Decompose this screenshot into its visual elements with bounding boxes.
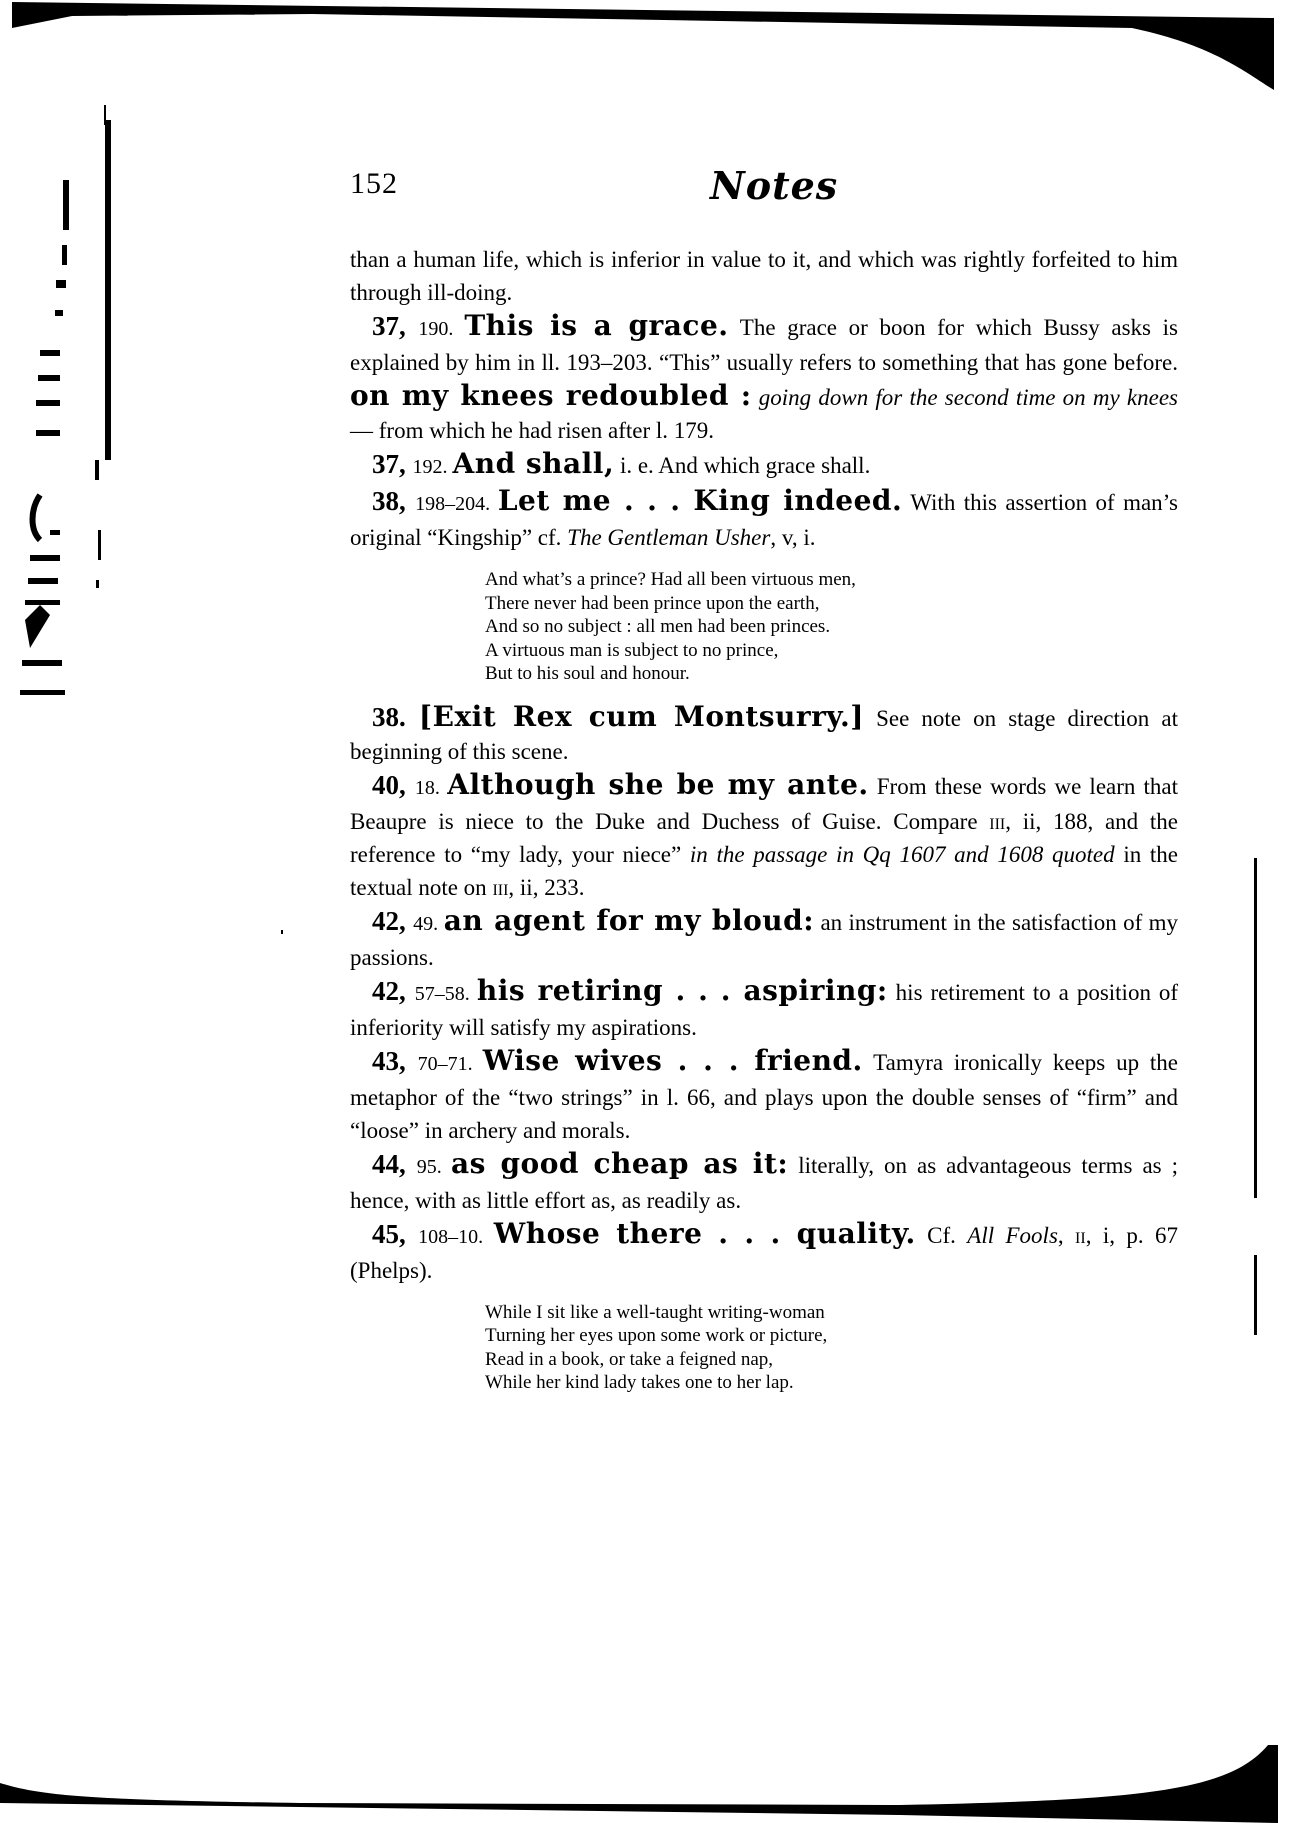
verse-line: While I sit like a well-taught writing-w… xyxy=(485,1301,1178,1325)
note-lemma: And shall, xyxy=(453,447,615,480)
note-lemma: on my knees redoubled : xyxy=(350,379,752,412)
note-entry: 43, 70–71. Wise wives . . . friend. Tamy… xyxy=(350,1044,1178,1147)
note-entry: 45, 108–10. Whose there . . . quality. C… xyxy=(350,1217,1178,1287)
verse-quotation: And what’s a prince? Had all been virtuo… xyxy=(485,568,1178,686)
note-line-ref: 198–204. xyxy=(415,493,498,515)
verse-line: And so no subject : all men had been pri… xyxy=(485,615,1178,639)
verse-line: Read in a book, or take a feigned nap, xyxy=(485,1348,1178,1372)
note-line-ref: 190. xyxy=(418,318,464,340)
note-page-ref: 37, xyxy=(372,449,413,479)
note-text: The Gentleman Usher xyxy=(567,525,770,550)
note-page-ref: 40, xyxy=(372,770,415,800)
note-line-ref: 70–71. xyxy=(418,1053,483,1075)
page: 152 Notes than a human life, which is in… xyxy=(350,165,1178,1409)
note-line-ref: 18. xyxy=(415,777,447,799)
note-page-ref: 45, xyxy=(372,1219,418,1249)
gutter-rule-upper xyxy=(1254,858,1257,1198)
note-line-ref: 95. xyxy=(417,1156,451,1178)
page-number: 152 xyxy=(350,167,398,201)
verse-line: Turning her eyes upon some work or pictu… xyxy=(485,1324,1178,1348)
note-lemma: Although she be my ante. xyxy=(447,768,868,801)
note-page-ref: 42, xyxy=(372,906,413,936)
note-lemma: This is a grace. xyxy=(464,309,728,342)
note-line-ref: 57–58. xyxy=(415,983,477,1005)
note-text: iii xyxy=(492,875,508,900)
note-page-ref: 38, xyxy=(372,486,415,516)
note-page-ref: 38. xyxy=(372,702,419,732)
note-text: i. e. And which grace shall. xyxy=(614,453,870,478)
verse-line: But to his soul and honour. xyxy=(485,662,1178,686)
note-lemma: Wise wives . . . friend. xyxy=(483,1044,863,1077)
note-entry: 37, 190. This is a grace. The grace or b… xyxy=(350,309,1178,447)
note-entry: 38. [Exit Rex cum Montsurry.] See note o… xyxy=(350,700,1178,768)
note-entry: 37, 192. And shall, i. e. And which grac… xyxy=(350,447,1178,484)
gutter-rule-lower xyxy=(1254,1255,1257,1335)
note-entry: 40, 18. Although she be my ante. From th… xyxy=(350,768,1178,904)
note-text: iii xyxy=(989,809,1005,834)
notes-list: 37, 190. This is a grace. The grace or b… xyxy=(350,309,1178,1395)
running-head: Notes xyxy=(710,163,838,208)
note-entry: 44, 95. as good cheap as it: literally, … xyxy=(350,1147,1178,1217)
continuation-paragraph: than a human life, which is inferior in … xyxy=(350,243,1178,309)
note-lemma: as good cheap as it: xyxy=(451,1147,788,1180)
note-entry: 38, 198–204. Let me . . . King indeed. W… xyxy=(350,484,1178,554)
note-text: in the passage in Qq 1607 and 1608 quote… xyxy=(690,842,1115,867)
note-line-ref: 192. xyxy=(413,456,453,478)
note-page-ref: 42, xyxy=(372,976,415,1006)
stray-mark xyxy=(281,930,283,934)
gutter-bleed-marks xyxy=(0,100,120,720)
verse-line: While her kind lady takes one to her lap… xyxy=(485,1371,1178,1395)
note-lemma: Let me . . . King indeed. xyxy=(498,484,902,517)
verse-quotation: While I sit like a well-taught writing-w… xyxy=(485,1301,1178,1395)
note-text: going down for the second time on my kne… xyxy=(752,385,1178,410)
note-line-ref: 108–10. xyxy=(418,1226,494,1248)
note-text: All Fools xyxy=(967,1223,1058,1248)
note-text: — from which he had risen after l. 179. xyxy=(350,418,714,443)
note-lemma: [Exit Rex cum Montsurry.] xyxy=(419,700,864,733)
verse-line: And what’s a prince? Had all been virtuo… xyxy=(485,568,1178,592)
verse-line: There never had been prince upon the ear… xyxy=(485,592,1178,616)
note-text: , v, i. xyxy=(770,525,815,550)
page-header: 152 Notes xyxy=(350,165,1178,243)
note-text: Cf. xyxy=(916,1223,968,1248)
note-line-ref: 49. xyxy=(413,913,444,935)
scan-edge-bottom xyxy=(0,1745,1278,1823)
note-page-ref: 37, xyxy=(372,311,418,341)
scan-edge-top xyxy=(12,0,1274,90)
note-page-ref: 43, xyxy=(372,1046,418,1076)
note-lemma: Whose there . . . quality. xyxy=(494,1217,916,1250)
note-text: , xyxy=(1058,1223,1075,1248)
note-entry: 42, 57–58. his retiring . . . aspiring: … xyxy=(350,974,1178,1044)
note-lemma: an agent for my bloud: xyxy=(444,904,814,937)
note-entry: 42, 49. an agent for my bloud: an instru… xyxy=(350,904,1178,974)
note-text: , ii, 233. xyxy=(508,875,584,900)
note-lemma: his retiring . . . aspiring: xyxy=(477,974,888,1007)
note-text: ii xyxy=(1075,1223,1086,1248)
verse-line: A virtuous man is subject to no prince, xyxy=(485,639,1178,663)
note-page-ref: 44, xyxy=(372,1149,417,1179)
